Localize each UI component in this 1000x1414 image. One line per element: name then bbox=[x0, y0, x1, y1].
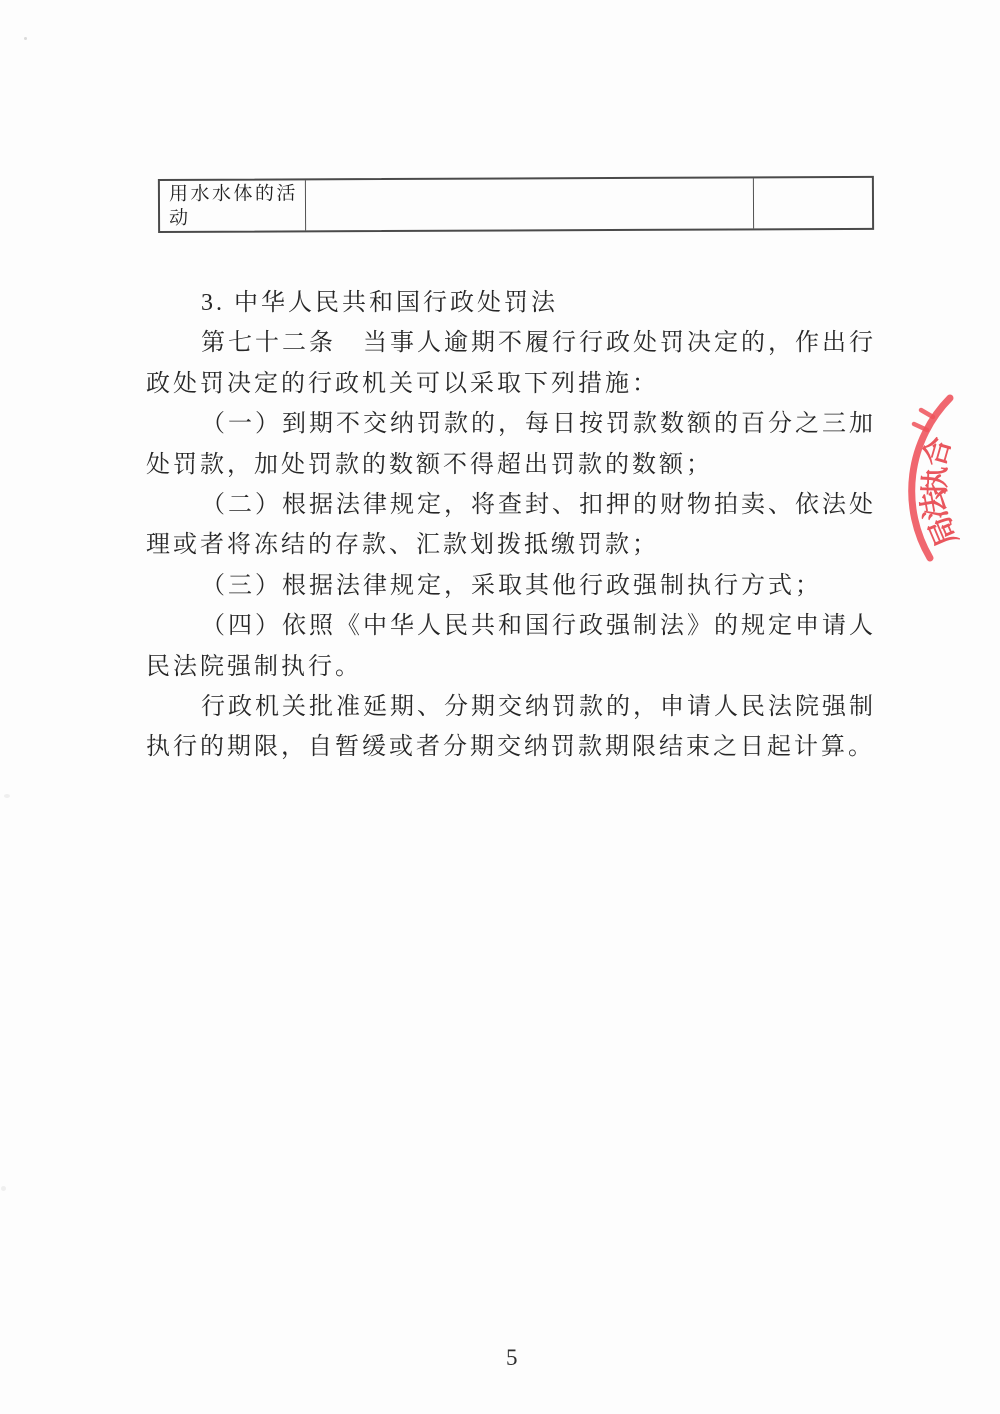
text-line: 理或者将冻结的存款、汇款划拨抵缴罚款； bbox=[146, 525, 891, 565]
document-page: 用水水体的活动 3. 中华人民共和国行政处罚法 第七十二条 当事人逾期不履行行政… bbox=[0, 0, 1000, 1414]
section-heading: 3. 中华人民共和国行政处罚法 bbox=[146, 283, 891, 323]
scan-smudge bbox=[1, 1186, 6, 1191]
page-number: 5 bbox=[506, 1345, 519, 1371]
text-line: （一）到期不交纳罚款的，每日按罚款数额的百分之三加 bbox=[146, 404, 891, 444]
text-line: 处罚款，加处罚款的数额不得超出罚款的数额； bbox=[146, 445, 891, 485]
text-line: 政处罚决定的行政机关可以采取下列措施： bbox=[146, 364, 891, 404]
table-cell-label: 用水水体的活动 bbox=[160, 180, 306, 231]
reference-table: 用水水体的活动 bbox=[158, 176, 874, 233]
scan-smudge bbox=[24, 37, 27, 40]
text-line: （三）根据法律规定，采取其他行政强制执行方式； bbox=[146, 566, 891, 606]
text-line: （二）根据法律规定，将查封、扣押的财物拍卖、依法处 bbox=[146, 485, 891, 525]
table-cell-empty-wide bbox=[306, 178, 754, 230]
legal-text-block: 3. 中华人民共和国行政处罚法 第七十二条 当事人逾期不履行行政处罚决定的，作出… bbox=[146, 283, 891, 768]
official-seal-stamp: 合 执 法 局 bbox=[880, 350, 1000, 610]
scan-smudge bbox=[4, 794, 10, 798]
text-line: （四）依照《中华人民共和国行政强制法》的规定申请人 bbox=[146, 606, 891, 646]
text-line: 民法院强制执行。 bbox=[146, 647, 891, 687]
text-line: 行政机关批准延期、分期交纳罚款的，申请人民法院强制 bbox=[146, 687, 891, 727]
text-line: 执行的期限，自暂缓或者分期交纳罚款期限结束之日起计算。 bbox=[146, 727, 891, 767]
text-line: 第七十二条 当事人逾期不履行行政处罚决定的，作出行 bbox=[146, 323, 891, 363]
table-cell-empty-narrow bbox=[754, 178, 872, 229]
